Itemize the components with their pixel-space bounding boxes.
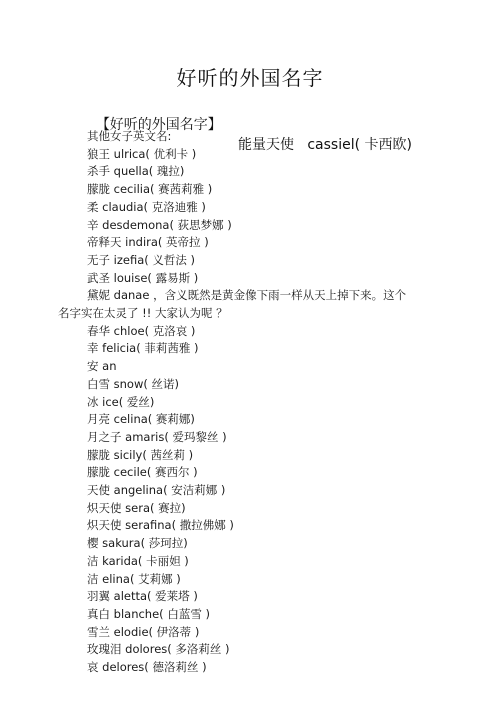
name-entry: 幸 felicia( 菲莉茜雅 )	[87, 340, 417, 358]
name-entry: 洁 elina( 艾莉娜 )	[87, 571, 417, 589]
name-entry: 月之子 amaris( 爱玛黎丝 )	[87, 429, 417, 447]
paragraph-line-2: 名字实在太灵了 !! 大家认为呢 ？	[58, 305, 417, 323]
name-entry: 哀 delores( 德洛莉丝 )	[87, 659, 417, 677]
name-entry: 朦胧 cecilia( 赛茜莉雅 )	[87, 181, 417, 199]
name-list: 其他女子英文名: 狼王 ulrica( 优利卡 )杀手 quella( 瑰拉)朦…	[87, 128, 417, 677]
name-entry: 辛 desdemona( 荻思梦娜 )	[87, 217, 417, 235]
name-entry: 雪兰 elodie( 伊洛蒂 )	[87, 624, 417, 642]
name-entry: 柔 claudia( 克洛迪雅 )	[87, 199, 417, 217]
name-entry: 冰 ice( 爱丝)	[87, 394, 417, 412]
name-entry: 春华 chloe( 克洛哀 )	[87, 323, 417, 341]
names-group-b: 春华 chloe( 克洛哀 )幸 felicia( 菲莉茜雅 )安 an白雪 s…	[87, 323, 417, 677]
name-entry: 玫瑰泪 dolores( 多洛莉丝 )	[87, 641, 417, 659]
name-entry: 朦胧 cecile( 赛西尔 )	[87, 464, 417, 482]
name-entry: 狼王 ulrica( 优利卡 )	[87, 146, 417, 164]
name-entry: 杀手 quella( 瑰拉)	[87, 163, 417, 181]
name-entry: 白雪 snow( 丝诺)	[87, 376, 417, 394]
name-entry: 武圣 louise( 露易斯 )	[87, 270, 417, 288]
name-entry: 樱 sakura( 莎珂拉)	[87, 535, 417, 553]
name-entry: 月亮 celina( 赛莉娜)	[87, 411, 417, 429]
name-entry: 洁 karida( 卡丽妲 )	[87, 553, 417, 571]
paragraph-line-1: 黛妮 danae ，含义既然是黄金像下雨一样从天上掉下来。这个	[87, 287, 417, 305]
list-intro: 其他女子英文名:	[87, 128, 417, 146]
name-entry: 炽天使 sera( 赛拉)	[87, 500, 417, 518]
name-entry: 帝释天 indira( 英帝拉 )	[87, 234, 417, 252]
name-entry: 真白 blanche( 白蓝雪 )	[87, 606, 417, 624]
name-entry: 朦胧 sicily( 茜丝莉 )	[87, 447, 417, 465]
name-entry: 羽翼 aletta( 爱莱塔 )	[87, 588, 417, 606]
names-group-a: 狼王 ulrica( 优利卡 )杀手 quella( 瑰拉)朦胧 cecilia…	[87, 146, 417, 288]
name-entry: 无子 izefia( 义哲法 )	[87, 252, 417, 270]
name-entry: 安 an	[87, 358, 417, 376]
name-entry: 天使 angelina( 安洁莉娜 )	[87, 482, 417, 500]
name-entry: 炽天使 serafina( 撒拉佛娜 )	[87, 517, 417, 535]
document-title: 好听的外国名字	[0, 62, 500, 91]
